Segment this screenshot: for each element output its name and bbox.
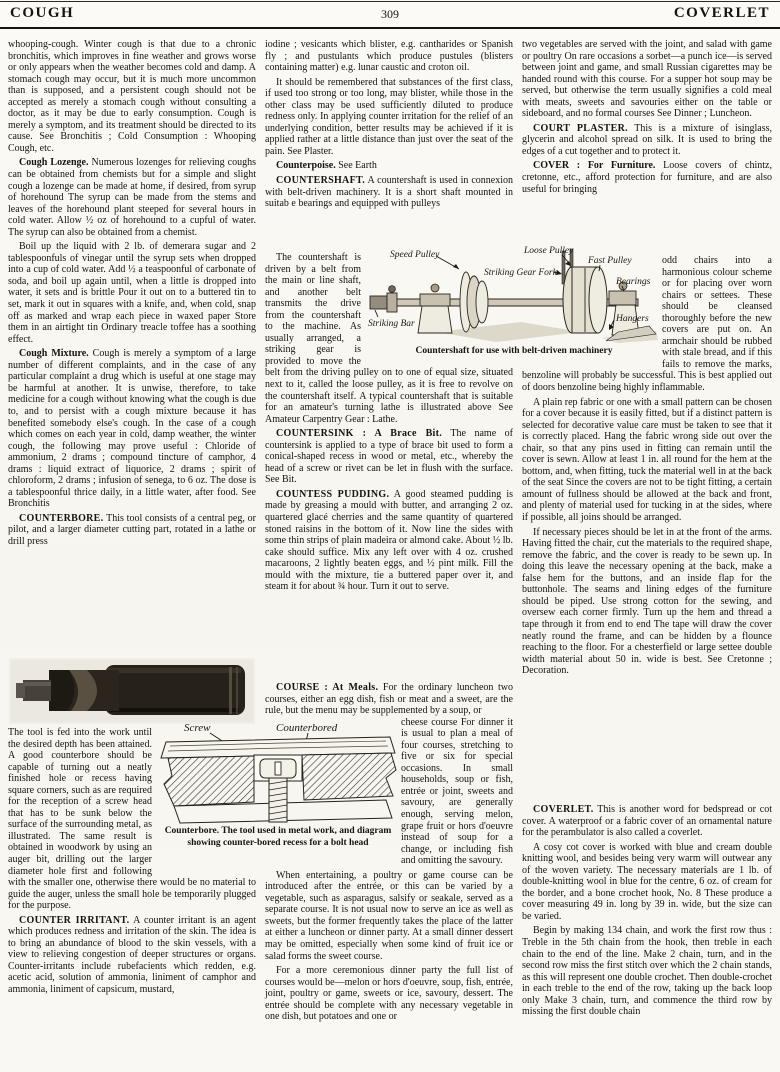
running-head-right: COVERLET — [674, 5, 770, 22]
header-rule — [0, 27, 780, 29]
label-striking-gear-fork: Striking Gear Fork — [484, 268, 558, 278]
label-screw: Screw — [184, 722, 211, 734]
label-bearings: Bearings — [616, 277, 651, 287]
countershaft-figure: Speed Pulley Loose Pulley Fast Pulley St… — [366, 244, 662, 358]
entry-title: COVER : For Furniture. — [533, 160, 655, 171]
counterbore-photo-figure — [9, 658, 255, 724]
label-striking-bar: Striking Bar — [368, 319, 415, 329]
entry-countershaft: COUNTERSHAFT. A countershaft is used in … — [265, 175, 513, 210]
paragraph-cosy-cot: A cosy cot cover is worked with blue and… — [522, 842, 772, 923]
column-1-top: whooping-cough. Winter cough is that due… — [8, 39, 256, 548]
entry-title: COVERLET. — [533, 804, 594, 815]
paragraph-boil-up: Boil up the liquid with 2 lb. of demerar… — [8, 241, 256, 345]
entry-title: Cough Lozenge. — [19, 157, 88, 168]
counterbore-diagram: Screw Counterbored — [158, 720, 398, 824]
label-hangers: Hangers — [615, 314, 649, 324]
column-3-top: two vegetables are served with the joint… — [522, 39, 772, 195]
entry-court-plaster: COURT PLASTER. This is a mixture of isin… — [522, 123, 772, 158]
paragraph-if-necessary: If necessary pieces should be let in at … — [522, 527, 772, 677]
paragraph-whooping-cough: whooping-cough. Winter cough is that due… — [8, 39, 256, 154]
paragraph-ceremonious: For a more ceremonious dinner party the … — [265, 965, 513, 1023]
entry-title: COUNTERSHAFT. — [276, 175, 365, 186]
column-2-top: iodine ; vesicants which blister, e.g. c… — [265, 39, 513, 210]
paragraph-entertaining: When entertaining, a poultry or game cou… — [265, 870, 513, 962]
label-counterbored: Counterbored — [276, 722, 338, 734]
entry-title: COUNTESS PUDDING. — [276, 489, 389, 500]
entry-title: COUNTERBORE. — [19, 513, 103, 524]
paragraph-plain-rep: A plain rep fabric or one with a small p… — [522, 397, 772, 524]
entry-cough-mixture: Cough Mixture. Cough is merely a symptom… — [8, 348, 256, 510]
entry-course: COURSE : At Meals. For the ordinary lunc… — [265, 682, 513, 717]
paragraph-iodine: iodine ; vesicants which blister, e.g. c… — [265, 39, 513, 74]
label-loose-pulley: Loose Pulley — [523, 246, 574, 256]
label-fast-pulley: Fast Pulley — [587, 256, 632, 266]
book-page: COUGH 309 COVERLET whooping-cough. Winte… — [0, 0, 780, 1072]
entry-cover: COVER : For Furniture. Loose covers of c… — [522, 160, 772, 195]
counterbore-caption: Counterbore. The tool used in metal work… — [162, 826, 394, 849]
countershaft-caption: Countershaft for use with belt-driven ma… — [374, 346, 654, 358]
paragraph-begin-chain: Begin by making 134 chain, and work the … — [522, 925, 772, 1017]
paragraph-vegetables: two vegetables are served with the joint… — [522, 39, 772, 120]
entry-counter-irritant: COUNTER IRRITANT. A counter irritant is … — [8, 915, 256, 996]
entry-title: COURSE : At Meals. — [276, 682, 378, 693]
top-rule — [0, 1, 780, 2]
page-number: 309 — [0, 7, 780, 22]
entry-countess-pudding: COUNTESS PUDDING. A good steamed pudding… — [265, 489, 513, 593]
entry-coverlet: COVERLET. This is another word for bedsp… — [522, 804, 772, 839]
entry-title: COUNTERSINK : A Brace Bit. — [276, 428, 442, 439]
paragraph-remembered: It should be remembered that substances … — [265, 77, 513, 158]
entry-title: Cough Mixture. — [19, 348, 89, 359]
counterbore-tool-photo — [9, 658, 255, 724]
column-3-bottom: COVERLET. This is another word for bedsp… — [522, 801, 772, 1018]
entry-countersink: COUNTERSINK : A Brace Bit. The name of c… — [265, 428, 513, 486]
entry-title: Counterpoise. — [276, 160, 336, 171]
entry-title: COURT PLASTER. — [533, 123, 628, 134]
countershaft-illustration: Speed Pulley Loose Pulley Fast Pulley St… — [366, 244, 662, 344]
entry-counterpoise: Counterpoise. See Earth — [265, 160, 513, 172]
entry-title: COUNTER IRRITANT. — [19, 915, 129, 926]
label-speed-pulley: Speed Pulley — [390, 250, 440, 260]
entry-counterbore: COUNTERBORE. This tool consists of a cen… — [8, 513, 256, 548]
entry-cough-lozenge: Cough Lozenge. Numerous lozenges for rel… — [8, 157, 256, 238]
counterbore-diagram-figure: Screw Counterbored — [158, 720, 398, 849]
